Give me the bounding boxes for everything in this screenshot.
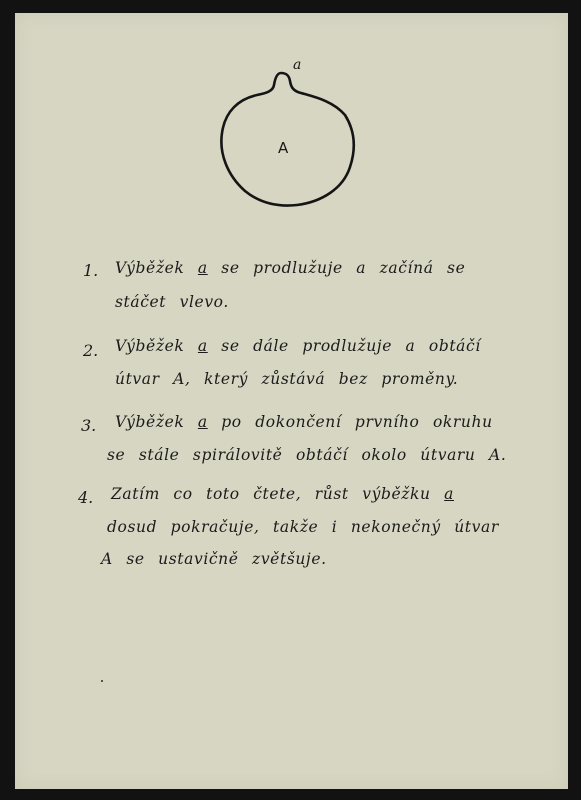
item-number: 4. (78, 488, 93, 507)
text-segment: po dokončení prvního okruhu (208, 413, 493, 431)
text-segment: se dále prodlužuje a obtáčí (208, 337, 481, 355)
item-number: 3. (81, 416, 96, 435)
item-4-line-2: dosud pokračuje, takže i nekonečný útvar (107, 518, 499, 536)
item-1-line-1: Výběžek a se prodlužuje a začíná se (115, 259, 465, 277)
text-segment: Výběžek (115, 413, 198, 431)
underlined-a: a (198, 337, 208, 355)
text-segment: Výběžek (115, 259, 198, 277)
paper-sheet: a A 1. Výběžek a se prodlužuje a začíná … (15, 13, 568, 789)
item-2-line-2: útvar A, který zůstává bez proměny. (115, 370, 458, 388)
text-segment: Výběžek (115, 337, 198, 355)
numbered-notes: 1. Výběžek a se prodlužuje a začíná se s… (15, 13, 568, 789)
item-4-line-1: Zatím co toto čtete, růst výběžku a (111, 485, 454, 503)
underlined-a: a (444, 485, 454, 503)
underlined-a: a (198, 259, 208, 277)
item-number: 1. (83, 261, 98, 280)
text-segment: Zatím co toto čtete, růst výběžku (111, 485, 444, 503)
item-3-line-1: Výběžek a po dokončení prvního okruhu (115, 413, 493, 431)
item-number: 2. (83, 341, 98, 360)
item-4-line-3: A se ustavičně zvětšuje. (101, 550, 327, 568)
item-3-line-2: se stále spirálovitě obtáčí okolo útvaru… (107, 446, 506, 464)
paper-speck (101, 680, 103, 682)
item-1-line-2: stáčet vlevo. (115, 293, 229, 311)
text-segment: se prodlužuje a začíná se (208, 259, 466, 277)
item-2-line-1: Výběžek a se dále prodlužuje a obtáčí (115, 337, 481, 355)
underlined-a: a (198, 413, 208, 431)
